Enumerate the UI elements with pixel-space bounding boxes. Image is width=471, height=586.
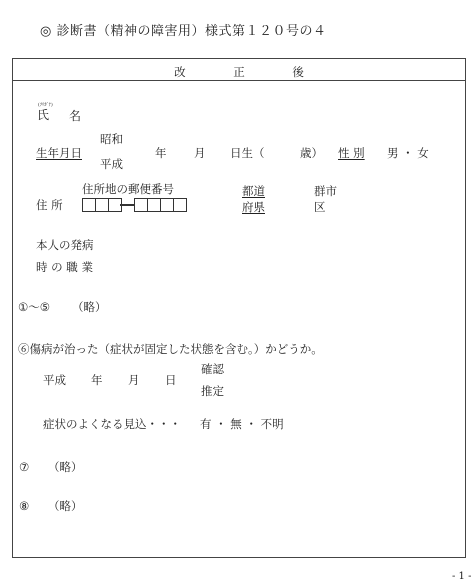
item-6-month: 月 (128, 375, 140, 387)
birth-day-label: 日生（ (230, 148, 265, 160)
name-label-2: 名 (69, 110, 81, 122)
item-6-question: ⑥傷病が治った（症状が固定した状態を含む。）かどうか。 (18, 344, 323, 356)
header-char-3: 後 (292, 64, 304, 80)
document-page: ◎ 診断書（精神の障害用）様式第１２０号の４ 改 正 後 (ﾌﾘｶﾞﾅ) 氏 名… (0, 0, 471, 586)
item-1-5-note: （略） (72, 302, 107, 314)
sex-label: 性 別 (338, 148, 365, 160)
postal-box[interactable] (173, 198, 187, 212)
prospect-options: 有 ・ 無 ・ 不明 (200, 419, 284, 431)
prospect-label: 症状のよくなる見込・・・ (43, 419, 181, 431)
postal-code-label: 住所地の郵便番号 (82, 184, 174, 196)
address-label: 住 所 (36, 200, 63, 212)
city-label-1: 群市 (314, 186, 337, 198)
header-label: 改 正 後 (13, 64, 465, 80)
item-6-era: 平成 (43, 375, 66, 387)
item-6-estimate: 推定 (201, 386, 224, 398)
prefecture-label-1: 都道 (242, 186, 265, 198)
item-1-5-number: ①～⑤ (18, 302, 50, 314)
document-title: ◎ 診断書（精神の障害用）様式第１２０号の４ (40, 20, 326, 39)
city-label-2: 区 (314, 202, 326, 214)
header-char-1: 改 (174, 64, 186, 80)
header-row: 改 正 後 (13, 59, 465, 81)
item-7-note: （略） (48, 462, 83, 474)
item-6-day: 日 (165, 375, 177, 387)
item-8-number: ⑧ (19, 501, 29, 513)
prefecture-label-2: 府県 (242, 202, 265, 214)
item-6-confirm: 確認 (201, 364, 224, 376)
era-heisei: 平成 (100, 159, 123, 171)
page-number: - 1 - (452, 571, 471, 582)
postal-dash (120, 204, 134, 205)
age-label: 歳） (300, 148, 323, 160)
postal-code-field[interactable] (82, 198, 186, 212)
name-label-1: 氏 (37, 109, 49, 121)
birthdate-label: 生年月日 (36, 148, 82, 160)
header-char-2: 正 (233, 64, 245, 80)
birth-year-label: 年 (155, 148, 167, 160)
sex-options: 男 ・ 女 (387, 148, 429, 160)
era-showa: 昭和 (100, 134, 123, 146)
occupation-label-1: 本人の発病 (36, 240, 94, 252)
item-6-year: 年 (91, 375, 103, 387)
item-8-note: （略） (48, 501, 83, 513)
occupation-label-2: 時 の 職 業 (36, 262, 93, 274)
item-7-number: ⑦ (19, 462, 29, 474)
birth-month-label: 月 (194, 148, 206, 160)
